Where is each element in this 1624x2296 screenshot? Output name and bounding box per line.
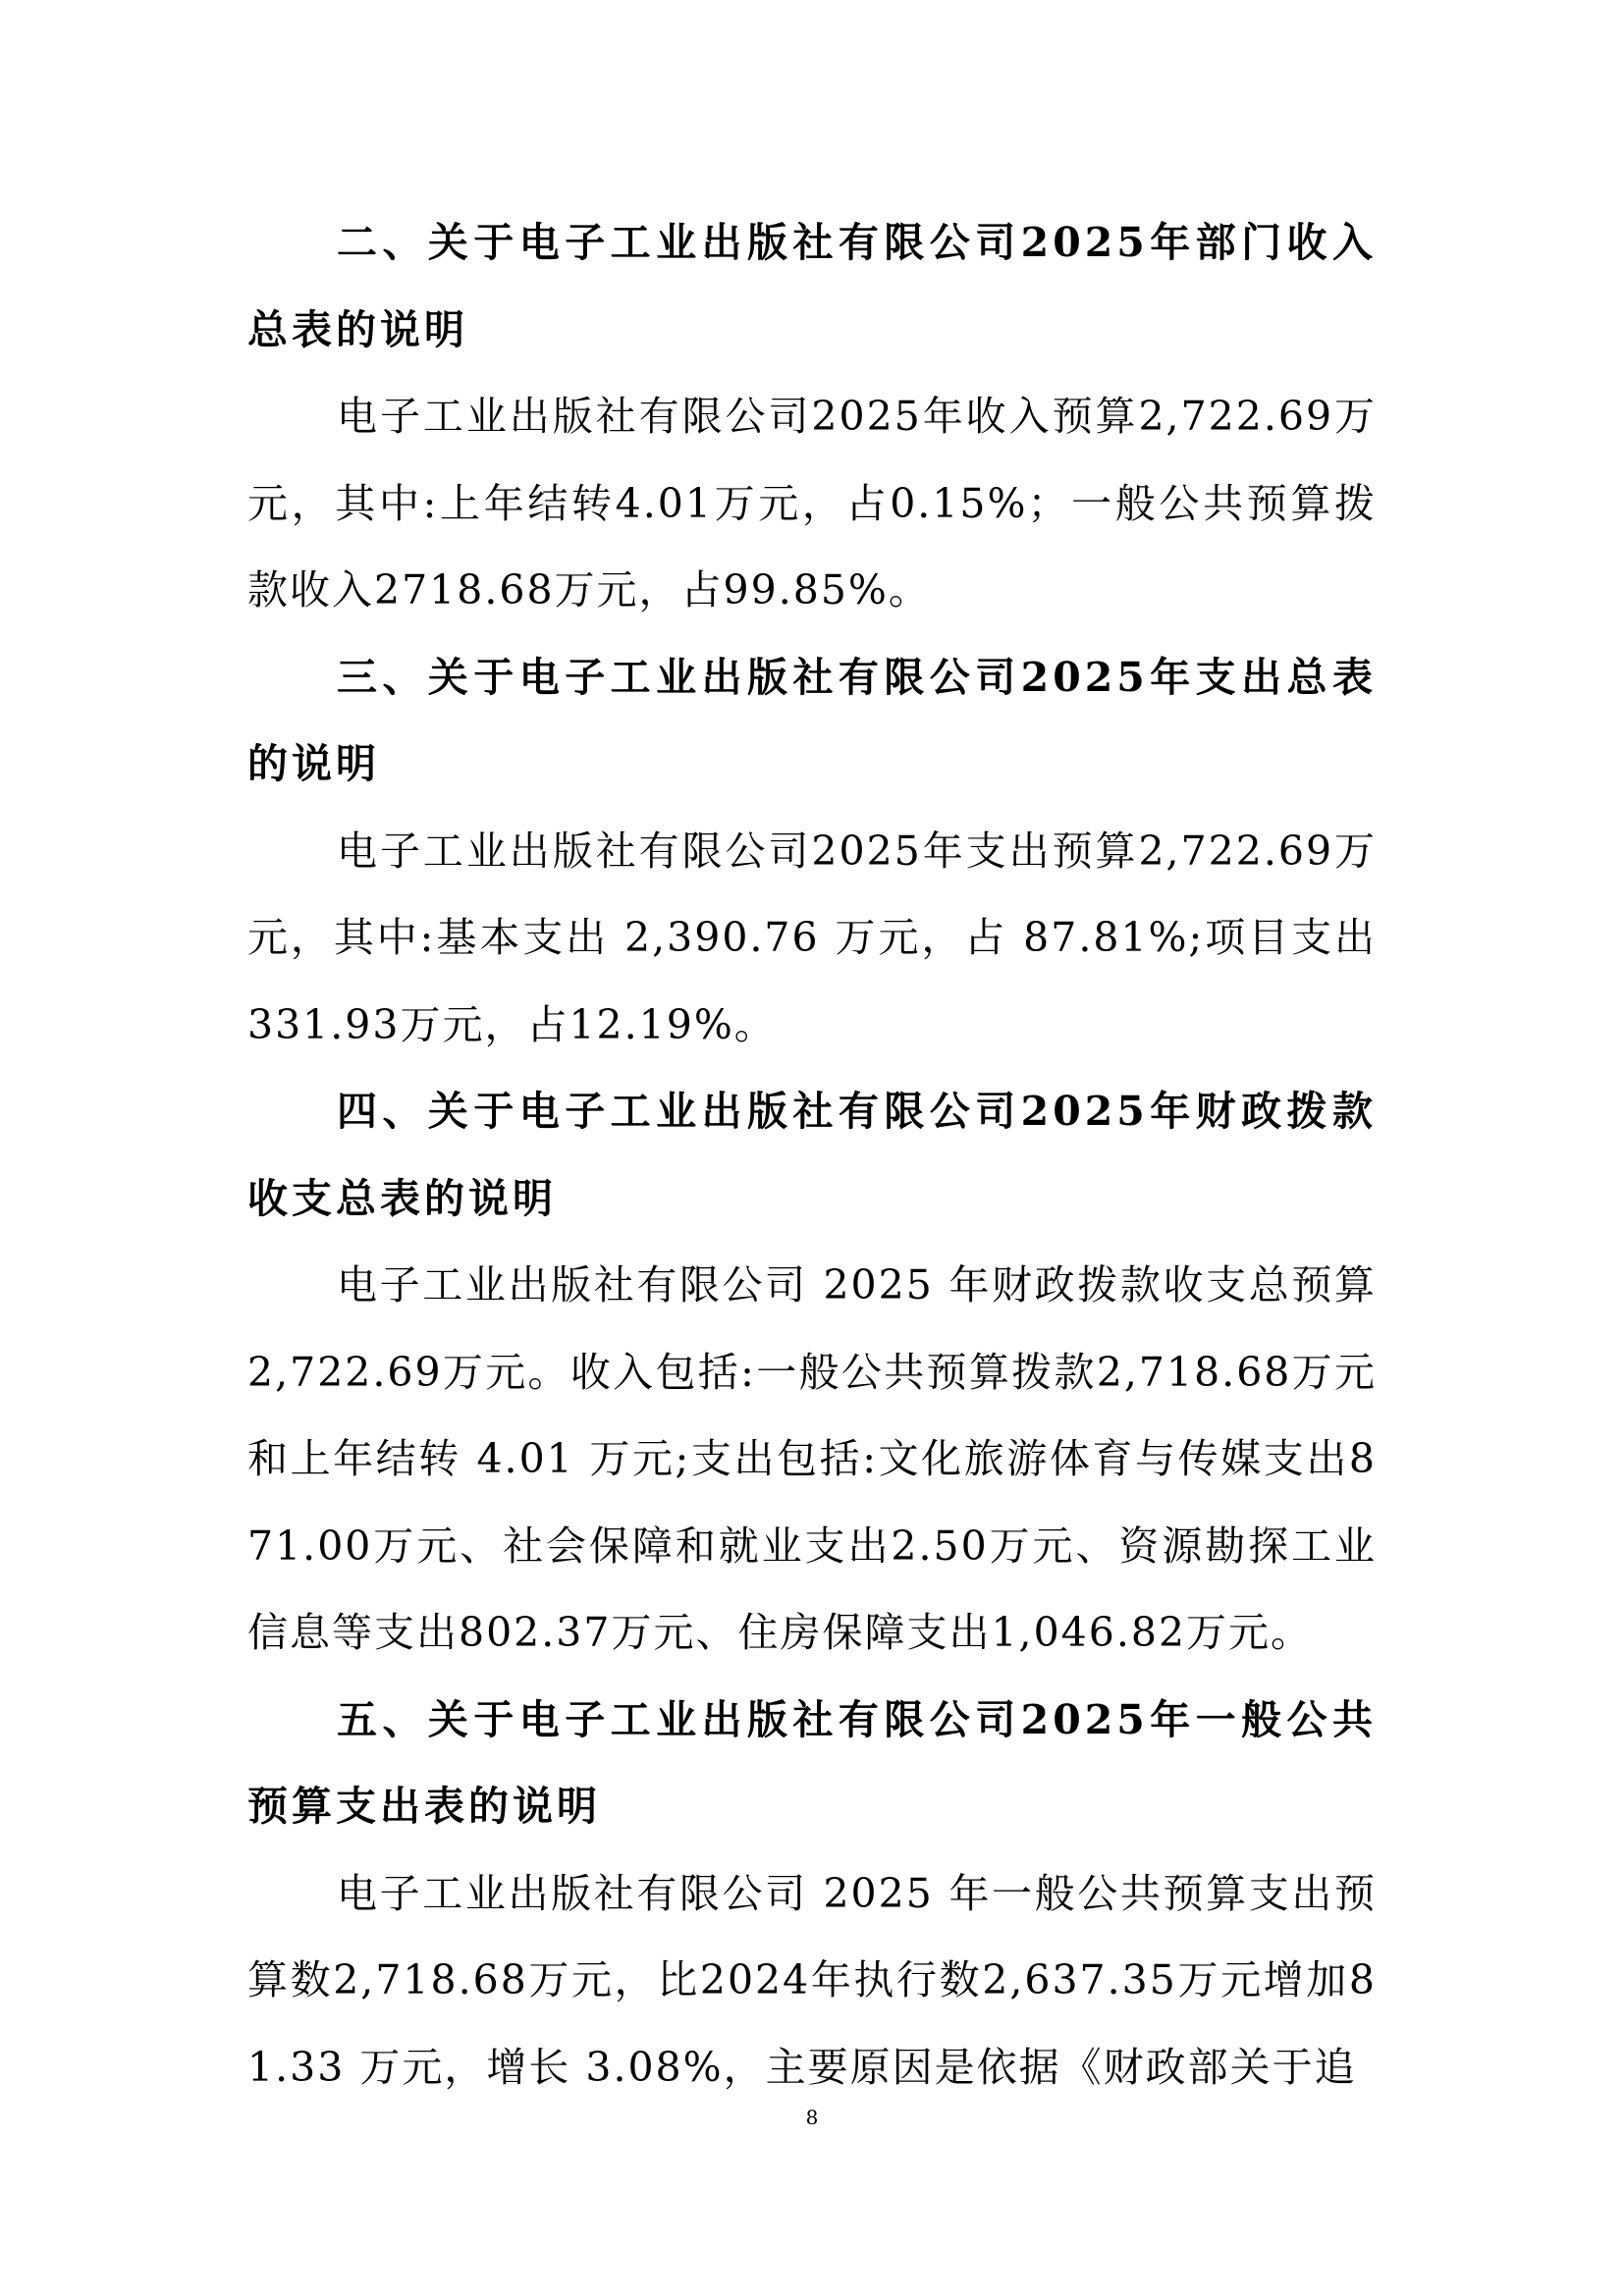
document-page: 二、关于电子工业出版社有限公司2025年部门收入总表的说明 电子工业出版社有限公… [247,199,1377,2110]
section-heading-4: 四、关于电子工业出版社有限公司2025年财政拨款收支总表的说明 [247,1068,1377,1242]
section-heading-5: 五、关于电子工业出版社有限公司2025年一般公共预算支出表的说明 [247,1677,1377,1850]
section-body-4: 电子工业出版社有限公司 2025 年财政拨款收支总预算2,722.69万元。收入… [247,1242,1377,1677]
section-heading-3: 三、关于电子工业出版社有限公司2025年支出总表的说明 [247,634,1377,808]
section-body-3: 电子工业出版社有限公司2025年支出预算2,722.69万元，其中:基本支出 2… [247,808,1377,1069]
section-body-2: 电子工业出版社有限公司2025年收入预算2,722.69万元，其中:上年结转4.… [247,373,1377,634]
section-body-5: 电子工业出版社有限公司 2025 年一般公共预算支出预算数2,718.68万元，… [247,1850,1377,2111]
section-heading-2: 二、关于电子工业出版社有限公司2025年部门收入总表的说明 [247,199,1377,373]
page-number: 8 [0,2106,1624,2129]
